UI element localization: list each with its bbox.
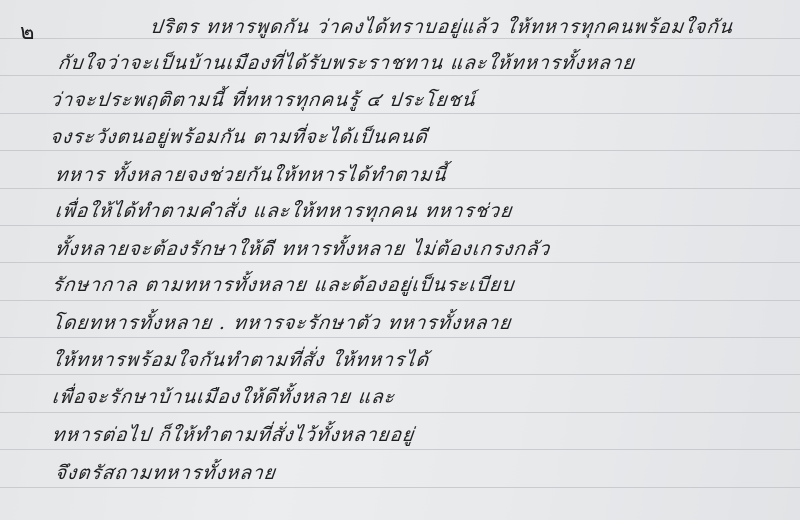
- ruled-line: [0, 412, 800, 413]
- handwritten-line: ว่าจะประพฤติตามนี้ ที่ทหารทุกคนรู้ ๔ ประ…: [48, 85, 477, 115]
- handwritten-line: ให้ทหารพร้อมใจกันทำตามที่สั่ง ให้ทหารได้: [50, 345, 430, 375]
- handwritten-line: รักษากาล ตามทหารทั้งหลาย และต้องอยู่เป็น…: [50, 270, 516, 300]
- handwritten-line: เพื่อให้ได้ทำตามคำสั่ง และให้ทหารทุกคน ท…: [53, 196, 514, 226]
- handwritten-line: ทหาร ทั้งหลายจงช่วยกันให้ทหารได้ทำตามนี้: [53, 160, 448, 190]
- page-marker: ๒: [20, 14, 35, 49]
- ruled-line: [0, 300, 800, 301]
- handwritten-line: กับใจว่าจะเป็นบ้านเมืองที่ได้รับพระราชทา…: [56, 48, 636, 78]
- handwritten-line: โดยทหารทั้งหลาย . ทหารจะรักษาตัว ทหารทั้…: [50, 308, 513, 338]
- handwritten-line: จงระวังตนอยู่พร้อมกัน ตามที่จะได้เป็นคนด…: [48, 122, 429, 152]
- handwritten-line: ปริตร ทหารพูดกัน ว่าคงได้ทราบอยู่แล้ว ให…: [148, 12, 734, 42]
- manuscript-page: ๒ ปริตร ทหารพูดกัน ว่าคงได้ทราบอยู่แล้ว …: [0, 0, 800, 520]
- handwritten-line: ทั้งหลายจะต้องรักษาให้ดี ทหารทั้งหลาย ไม…: [53, 234, 552, 264]
- handwritten-line: เพื่อจะรักษาบ้านเมืองให้ดีทั้งหลาย และ: [50, 382, 396, 412]
- handwritten-line: ทหารต่อไป ก็ให้ทำตามที่สั่งไว้ทั้งหลายอย…: [50, 420, 415, 450]
- handwritten-line: จึงตรัสถามทหารทั้งหลาย: [53, 458, 277, 488]
